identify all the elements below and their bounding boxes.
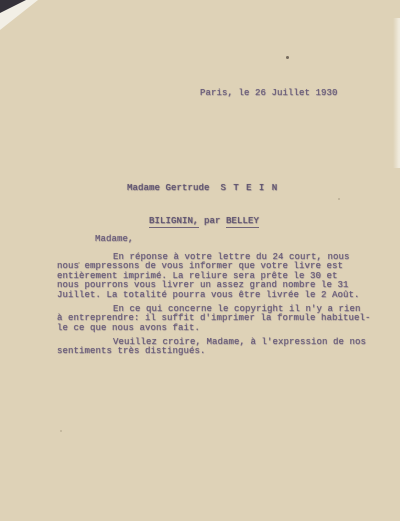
recipient-place: BILIGNIN, — [149, 216, 199, 228]
recipient-name-line: Madame Gertrude S T E I N — [127, 183, 278, 194]
recipient-surname: S T E I N — [221, 183, 279, 193]
body-paragraph-1: En réponse à votre lettre du 24 court, n… — [57, 253, 379, 300]
letter-page: Paris, le 26 Juillet 1930 Madame Gertrud… — [0, 0, 400, 521]
paragraph-line: sentiments très distingués. — [57, 347, 379, 356]
recipient-title: Madame Gertrude — [127, 183, 221, 193]
paper-speck — [338, 198, 340, 200]
body-paragraph-2: En ce qui concerne le copyright il n'y a… — [57, 305, 379, 333]
closing-paragraph: Veuillez croire, Madame, à l'expression … — [57, 338, 379, 357]
paragraph-line: le ce que nous avons fait. — [57, 324, 379, 333]
dateline: Paris, le 26 Juillet 1930 — [200, 89, 338, 98]
recipient-address-line: BILIGNIN, par BELLEY — [127, 216, 278, 227]
salutation: Madame, — [95, 235, 134, 244]
paper-speck — [286, 56, 289, 59]
recipient-address-connector: par — [199, 216, 227, 226]
recipient-block: Madame Gertrude S T E I N BILIGNIN, par … — [127, 161, 278, 249]
paper-speck — [60, 430, 62, 432]
paper-edge-highlight — [393, 18, 400, 168]
paragraph-line: Juillet. La totalité pourra vous être li… — [57, 291, 379, 300]
recipient-city: BELLEY — [226, 216, 259, 228]
